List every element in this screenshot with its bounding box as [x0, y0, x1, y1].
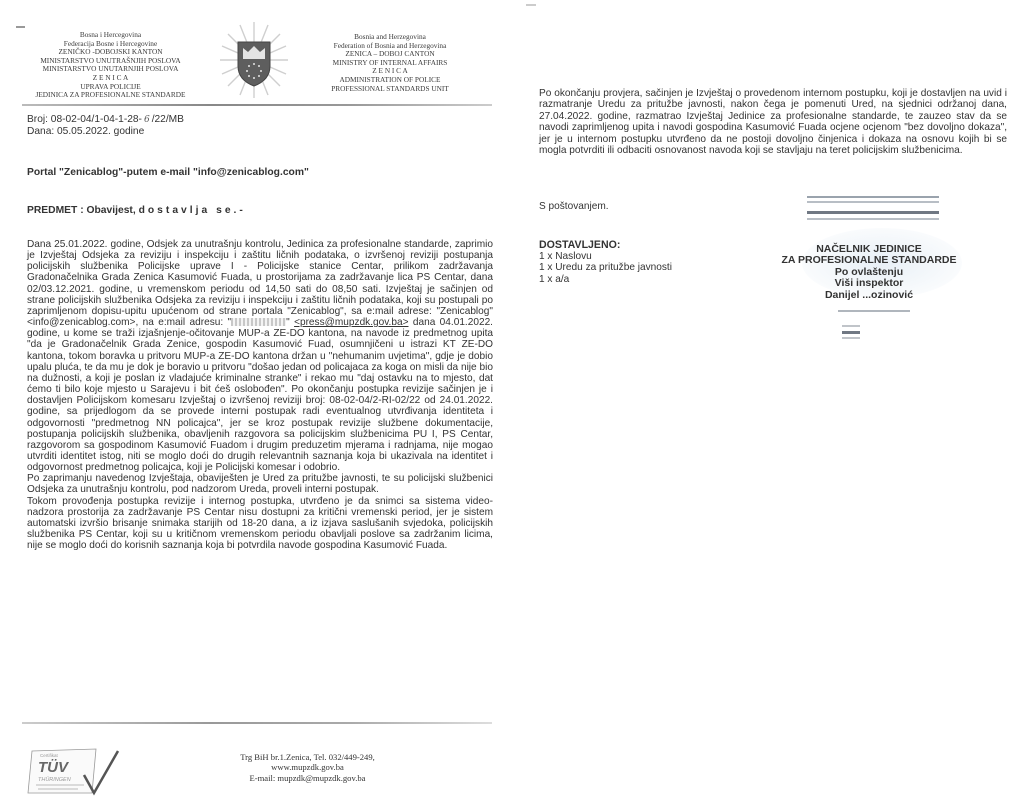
tuv-certification-logo: Certifikat TÜV THÜRINGEN	[26, 745, 121, 797]
reference-number: Broj: 08-02-04/1-04-1-28-6/22/MB	[27, 114, 184, 126]
header-bosnian: Bosna i Hercegovina Federacija Bosne i H…	[18, 31, 203, 100]
redaction-strip	[807, 196, 939, 198]
signature-name: Danijel ...ozinović	[764, 290, 974, 301]
svg-text:Certifikat: Certifikat	[40, 753, 59, 758]
police-crest-icon	[218, 20, 290, 100]
reference-number-suffix: /22/MB	[152, 114, 184, 125]
delivery-item: 1 x Naslovu	[539, 251, 672, 262]
footer-contact: Trg BiH br.1.Zenica, Tel. 032/449-249, w…	[220, 752, 395, 783]
body-paragraph-2: Po zaprimanju navedenog Izvještaja, obav…	[27, 473, 493, 495]
reference-block: Broj: 08-02-04/1-04-1-28-6/22/MB Dana: 0…	[27, 114, 184, 138]
signature-block: NAČELNIK JEDINICE ZA PROFESIONALNE STAND…	[764, 244, 974, 301]
footer-website[interactable]: www.mupzdk.gov.ba	[220, 762, 395, 772]
footer-email[interactable]: E-mail: mupzdk@mupzdk.gov.ba	[220, 773, 395, 783]
paragraph-text: dana 04.01.2022. godine, u kome se traži…	[27, 317, 493, 473]
header-english: Bosnia and Herzegovina Federation of Bos…	[300, 33, 480, 93]
redaction-strip	[838, 310, 910, 312]
body-paragraph-1: Dana 25.01.2022. godine, Odsjek za unutr…	[27, 239, 493, 473]
press-email-link[interactable]: <press@mupzdk.gov.ba>	[294, 317, 408, 328]
footer-address: Trg BiH br.1.Zenica, Tel. 032/449-249,	[220, 752, 395, 762]
delivery-title: DOSTAVLJENO:	[539, 240, 672, 251]
header-line: PROFESSIONAL STANDARDS UNIT	[300, 85, 480, 94]
letter-body: Dana 25.01.2022. godine, Odsjek za unutr…	[27, 239, 493, 551]
subject-spaced: dostavlja se.-	[139, 205, 246, 216]
redaction-strip	[842, 331, 860, 334]
header-divider	[22, 104, 492, 106]
signature-rank: Viši inspektor	[764, 278, 974, 289]
delivery-item: 1 x a/a	[539, 274, 672, 285]
redaction-strip	[842, 337, 860, 339]
letter-page-2: Po okončanju provjera, sačinjen je Izvje…	[512, 0, 1024, 806]
reference-date: Dana: 05.05.2022. godine	[27, 126, 184, 138]
redaction-strip	[807, 201, 939, 203]
reference-number-prefix: Broj: 08-02-04/1-04-1-28-	[27, 114, 142, 125]
delivery-item: 1 x Uredu za pritužbe javnosti	[539, 262, 672, 273]
scan-artifact	[16, 26, 25, 28]
scan-artifact	[526, 4, 536, 6]
letter-body-continued: Po okončanju provjera, sačinjen je Izvje…	[539, 88, 1007, 156]
svg-text:THÜRINGEN: THÜRINGEN	[38, 776, 71, 783]
paragraph-text: Dana 25.01.2022. godine, Odsjek za unutr…	[27, 239, 493, 328]
letter-page-1: Bosna i Hercegovina Federacija Bosne i H…	[0, 0, 505, 806]
footer-divider	[22, 722, 492, 724]
closing-regards: S poštovanjem.	[539, 201, 609, 212]
svg-text:TÜV: TÜV	[38, 759, 70, 776]
recipient: Portal "Zenicablog"-putem e-mail "info@z…	[27, 167, 309, 178]
subject-line: PREDMET : Obavijest, dostavlja se.-	[27, 205, 246, 216]
handwritten-number: 6	[142, 115, 152, 125]
redaction-strip	[807, 218, 939, 220]
redaction-strip	[842, 325, 860, 327]
delivery-list: DOSTAVLJENO: 1 x Naslovu 1 x Uredu za pr…	[539, 240, 672, 285]
redaction-strip	[807, 211, 939, 214]
subject-label: PREDMET : Obavijest,	[27, 205, 136, 216]
redacted-text	[231, 318, 286, 326]
header-line: JEDINICA ZA PROFESIONALNE STANDARDE	[18, 91, 203, 100]
body-paragraph-3: Tokom provođenja postupka revizije i int…	[27, 496, 493, 552]
